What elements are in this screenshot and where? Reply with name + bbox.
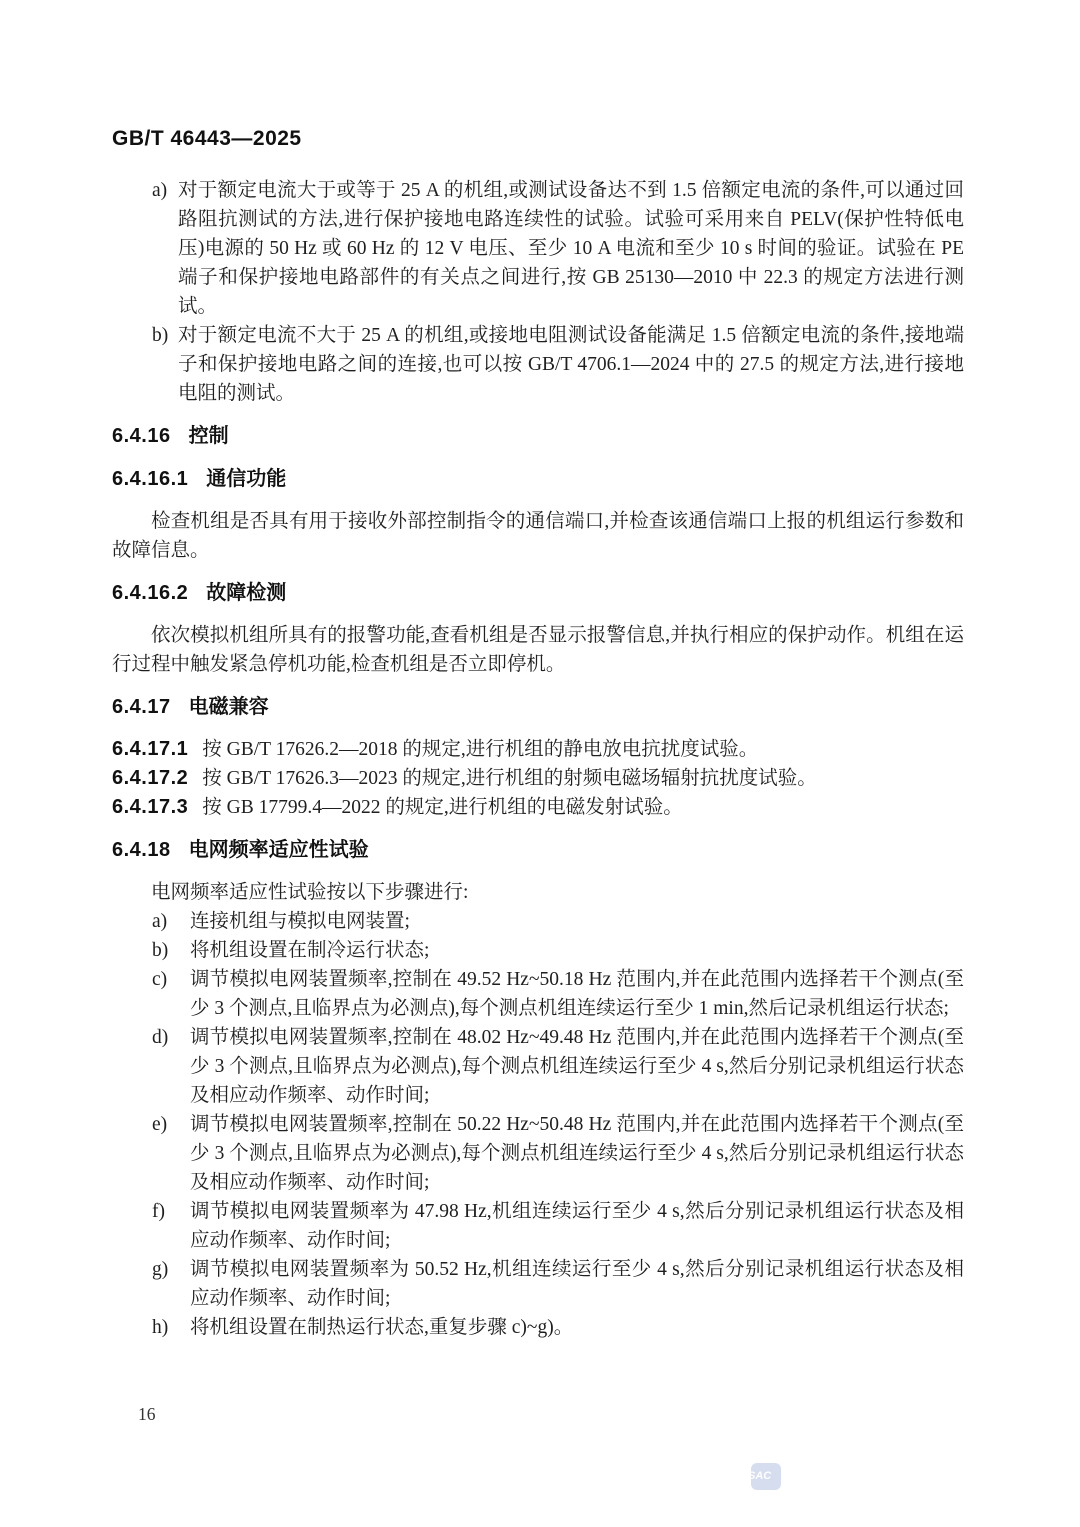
section-heading: 6.4.18电网频率适应性试验 bbox=[112, 836, 964, 865]
list-item: f)调节模拟电网装置频率为 47.98 Hz,机组连续运行至少 4 s,然后分别… bbox=[112, 1197, 964, 1255]
list-item: a)连接机组与模拟电网装置; bbox=[112, 907, 964, 936]
list-item: e)调节模拟电网装置频率,控制在 50.22 Hz~50.48 Hz 范围内,并… bbox=[112, 1110, 964, 1197]
list-item-text: 将机组设置在制冷运行状态; bbox=[190, 936, 964, 965]
section-heading: 6.4.16.2故障检测 bbox=[112, 579, 964, 608]
paragraph: 电网频率适应性试验按以下步骤进行: bbox=[112, 878, 964, 907]
list-item: c)调节模拟电网装置频率,控制在 49.52 Hz~50.18 Hz 范围内,并… bbox=[112, 965, 964, 1023]
clause-text: 按 GB 17799.4—2022 的规定,进行机组的电磁发射试验。 bbox=[202, 797, 682, 818]
paragraph: 依次模拟机组所具有的报警功能,查看机组是否显示报警信息,并执行相应的保护动作。机… bbox=[112, 621, 964, 679]
list-item-text: 对于额定电流大于或等于 25 A 的机组,或测试设备达不到 1.5 倍额定电流的… bbox=[178, 176, 964, 321]
list-item: g)调节模拟电网装置频率为 50.52 Hz,机组连续运行至少 4 s,然后分别… bbox=[112, 1255, 964, 1313]
document-body: a)对于额定电流大于或等于 25 A 的机组,或测试设备达不到 1.5 倍额定电… bbox=[112, 176, 964, 1342]
list-item: a)对于额定电流大于或等于 25 A 的机组,或测试设备达不到 1.5 倍额定电… bbox=[112, 176, 964, 321]
clause-number: 6.4.17.3 bbox=[112, 796, 188, 818]
list-item-label: f) bbox=[152, 1197, 190, 1255]
clause-number: 6.4.17.2 bbox=[112, 767, 188, 789]
heading-number: 6.4.16 bbox=[112, 425, 171, 447]
list-item-label: a) bbox=[152, 907, 190, 936]
list-item-text: 对于额定电流不大于 25 A 的机组,或接地电阻测试设备能满足 1.5 倍额定电… bbox=[178, 321, 964, 408]
running-header-standard-number: GB/T 46443—2025 bbox=[112, 124, 302, 153]
list-item: h)将机组设置在制热运行状态,重复步骤 c)~g)。 bbox=[112, 1313, 964, 1342]
list-item: b)对于额定电流不大于 25 A 的机组,或接地电阻测试设备能满足 1.5 倍额… bbox=[112, 321, 964, 408]
list-item-label: a) bbox=[152, 176, 178, 321]
paragraph: 检查机组是否具有用于接收外部控制指令的通信端口,并检查该通信端口上报的机组运行参… bbox=[112, 507, 964, 565]
list-item-label: c) bbox=[152, 965, 190, 1023]
heading-number: 6.4.16.2 bbox=[112, 582, 188, 604]
heading-title: 电网频率适应性试验 bbox=[189, 839, 369, 861]
watermark-text: SAC bbox=[751, 1463, 771, 1490]
list-item-label: g) bbox=[152, 1255, 190, 1313]
list-item-text: 调节模拟电网装置频率为 47.98 Hz,机组连续运行至少 4 s,然后分别记录… bbox=[190, 1197, 964, 1255]
list-item-text: 调节模拟电网装置频率,控制在 50.22 Hz~50.48 Hz 范围内,并在此… bbox=[190, 1110, 964, 1197]
list-item-label: h) bbox=[152, 1313, 190, 1342]
list-item: d)调节模拟电网装置频率,控制在 48.02 Hz~49.48 Hz 范围内,并… bbox=[112, 1023, 964, 1110]
section-heading: 6.4.17电磁兼容 bbox=[112, 693, 964, 722]
heading-title: 控制 bbox=[189, 425, 229, 447]
list-item-text: 将机组设置在制热运行状态,重复步骤 c)~g)。 bbox=[190, 1313, 964, 1342]
list-item-text: 连接机组与模拟电网装置; bbox=[190, 907, 964, 936]
heading-number: 6.4.17 bbox=[112, 696, 171, 718]
list-item-text: 调节模拟电网装置频率,控制在 49.52 Hz~50.18 Hz 范围内,并在此… bbox=[190, 965, 964, 1023]
list-item-label: e) bbox=[152, 1110, 190, 1197]
numbered-clause: 6.4.17.2按 GB/T 17626.3—2023 的规定,进行机组的射频电… bbox=[112, 764, 964, 793]
heading-title: 故障检测 bbox=[206, 582, 286, 604]
list-item-text: 调节模拟电网装置频率,控制在 48.02 Hz~49.48 Hz 范围内,并在此… bbox=[190, 1023, 964, 1110]
document-page: GB/T 46443—2025 a)对于额定电流大于或等于 25 A 的机组,或… bbox=[0, 0, 1080, 1527]
clause-number: 6.4.17.1 bbox=[112, 738, 188, 760]
list-item-label: b) bbox=[152, 321, 178, 408]
heading-number: 6.4.16.1 bbox=[112, 468, 188, 490]
clause-text: 按 GB/T 17626.2—2018 的规定,进行机组的静电放电抗扰度试验。 bbox=[202, 739, 758, 760]
heading-title: 通信功能 bbox=[206, 468, 286, 490]
section-heading: 6.4.16.1通信功能 bbox=[112, 465, 964, 494]
list-item-text: 调节模拟电网装置频率为 50.52 Hz,机组连续运行至少 4 s,然后分别记录… bbox=[190, 1255, 964, 1313]
list-item-label: d) bbox=[152, 1023, 190, 1110]
section-heading: 6.4.16控制 bbox=[112, 422, 964, 451]
page-number: 16 bbox=[138, 1400, 156, 1429]
sac-watermark-badge: SAC bbox=[751, 1463, 781, 1490]
list-item-label: b) bbox=[152, 936, 190, 965]
list-item: b)将机组设置在制冷运行状态; bbox=[112, 936, 964, 965]
numbered-clause: 6.4.17.3按 GB 17799.4—2022 的规定,进行机组的电磁发射试… bbox=[112, 793, 964, 822]
heading-number: 6.4.18 bbox=[112, 839, 171, 861]
numbered-clause: 6.4.17.1按 GB/T 17626.2—2018 的规定,进行机组的静电放… bbox=[112, 735, 964, 764]
heading-title: 电磁兼容 bbox=[189, 696, 269, 718]
clause-text: 按 GB/T 17626.3—2023 的规定,进行机组的射频电磁场辐射抗扰度试… bbox=[202, 768, 816, 789]
